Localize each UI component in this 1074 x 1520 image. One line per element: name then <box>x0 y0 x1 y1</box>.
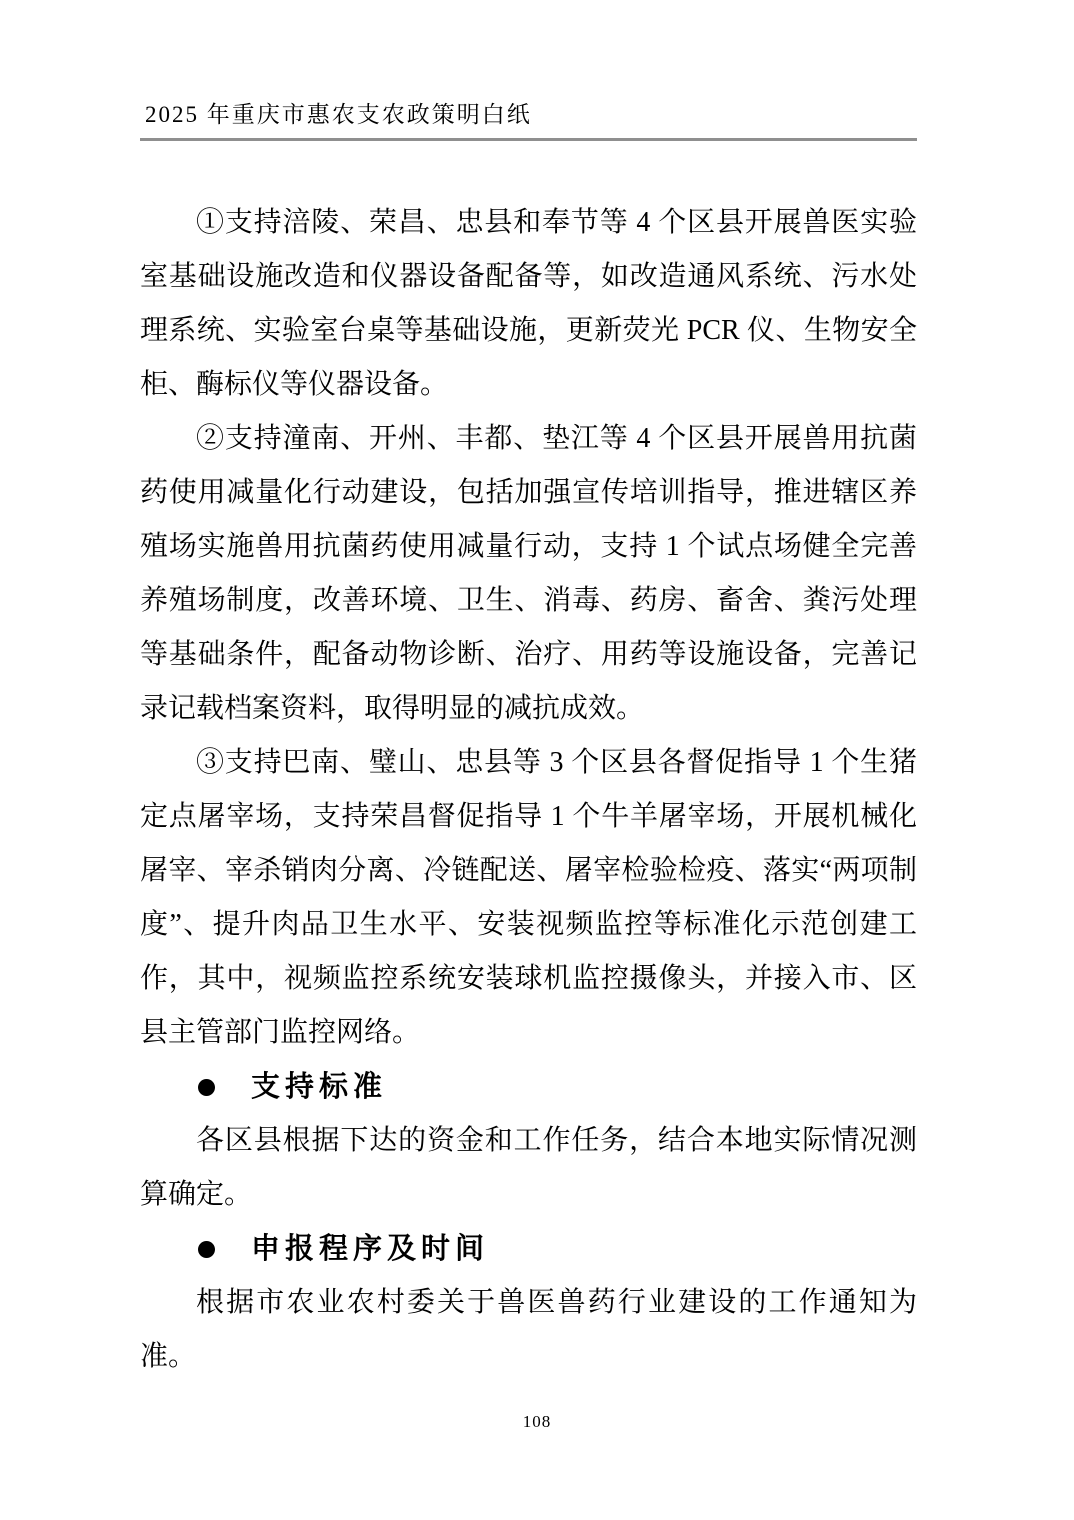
document-page: 2025 年重庆市惠农支农政策明白纸 ①支持涪陵、荣昌、忠县和奉节等 4 个区县… <box>0 0 1074 1520</box>
section-heading-support-standard: 支持标准 <box>140 1060 917 1114</box>
paragraph-antibiotic-reduction: ②支持潼南、开州、丰都、垫江等 4 个区县开展兽用抗菌药使用减量化行动建设，包括… <box>140 412 917 736</box>
page-number: 108 <box>523 1412 552 1431</box>
bullet-icon <box>198 1241 215 1258</box>
section-heading-text: 申报程序及时间 <box>251 1222 489 1276</box>
section-heading-application-procedure: 申报程序及时间 <box>140 1222 917 1276</box>
page-footer: 108 <box>0 1412 1074 1432</box>
bullet-icon <box>198 1079 215 1096</box>
section-heading-text: 支持标准 <box>251 1060 387 1114</box>
header-rule <box>140 138 917 141</box>
section-body-application-procedure: 根据市农业农村委关于兽医兽药行业建设的工作通知为准。 <box>140 1276 917 1384</box>
paragraph-vet-lab: ①支持涪陵、荣昌、忠县和奉节等 4 个区县开展兽医实验室基础设施改造和仪器设备配… <box>140 196 917 412</box>
paragraph-slaughterhouse: ③支持巴南、璧山、忠县等 3 个区县各督促指导 1 个生猪定点屠宰场，支持荣昌督… <box>140 736 917 1060</box>
header-title: 2025 年重庆市惠农支农政策明白纸 <box>145 96 532 129</box>
section-body-support-standard: 各区县根据下达的资金和工作任务，结合本地实际情况测算确定。 <box>140 1114 917 1222</box>
document-body: ①支持涪陵、荣昌、忠县和奉节等 4 个区县开展兽医实验室基础设施改造和仪器设备配… <box>140 196 917 1384</box>
